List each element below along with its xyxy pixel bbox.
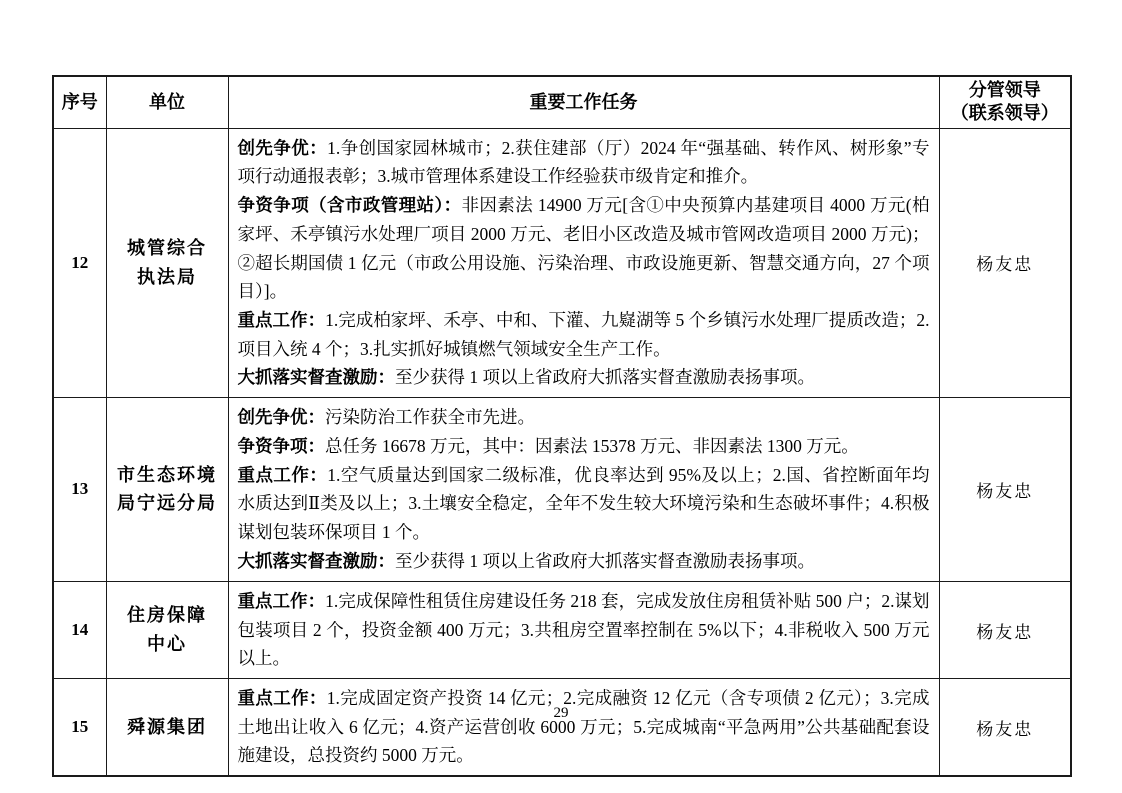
unit-cell: 城管综合执法局 — [106, 128, 228, 397]
task-paragraph: 争资争项（含市政管理站）：非因素法 14900 万元[含①中央预算内基建项目 4… — [238, 191, 930, 306]
page-number: 29 — [0, 705, 1122, 722]
header-index: 序号 — [53, 76, 106, 128]
task-label: 创先争优： — [238, 138, 328, 158]
tasks-cell: 重点工作：1.完成固定资产投资 14 亿元；2.完成融资 12 亿元（含专项债 … — [228, 679, 939, 777]
task-text: 总任务 16678 万元，其中：因素法 15378 万元、非因素法 1300 万… — [325, 436, 859, 456]
task-paragraph: 重点工作：1.完成柏家坪、禾亭、中和、下灌、九嶷湖等 5 个乡镇污水处理厂提质改… — [238, 306, 930, 363]
table-row: 13市生态环境局宁远分局创先争优：污染防治工作获全市先进。争资争项：总任务 16… — [53, 397, 1071, 581]
document-page: 序号 单位 重要工作任务 分管领导 （联系领导） 12城管综合执法局创先争优：1… — [0, 0, 1122, 793]
index-cell: 15 — [53, 679, 106, 777]
unit-line: 局宁远分局 — [111, 489, 224, 518]
unit-line: 住房保障 — [111, 601, 224, 630]
task-text: 1.完成保障性租赁住房建设任务 218 套，完成发放住房租赁补贴 500 户；2… — [238, 591, 930, 668]
tasks-cell: 重点工作：1.完成保障性租赁住房建设任务 218 套，完成发放住房租赁补贴 50… — [228, 581, 939, 678]
task-label: 创先争优： — [238, 407, 326, 427]
leader-cell: 杨友忠 — [939, 397, 1071, 581]
task-paragraph: 重点工作：1.完成保障性租赁住房建设任务 218 套，完成发放住房租赁补贴 50… — [238, 587, 930, 673]
leader-cell: 杨友忠 — [939, 679, 1071, 777]
table-row: 15舜源集团重点工作：1.完成固定资产投资 14 亿元；2.完成融资 12 亿元… — [53, 679, 1071, 777]
leader-cell: 杨友忠 — [939, 581, 1071, 678]
task-text: 1.空气质量达到国家二级标准，优良率达到 95%及以上；2.国、省控断面年均水质… — [238, 465, 930, 542]
unit-cell: 住房保障中心 — [106, 581, 228, 678]
task-text: 至少获得 1 项以上省政府大抓落实督查激励表扬事项。 — [395, 367, 815, 387]
table-row: 14住房保障中心重点工作：1.完成保障性租赁住房建设任务 218 套，完成发放住… — [53, 581, 1071, 678]
task-label: 争资争项： — [238, 436, 326, 456]
unit-cell: 市生态环境局宁远分局 — [106, 397, 228, 581]
task-label: 大抓落实督查激励： — [238, 367, 396, 387]
index-cell: 12 — [53, 128, 106, 397]
task-text: 1.完成固定资产投资 14 亿元；2.完成融资 12 亿元（含专项债 2 亿元）… — [238, 688, 930, 765]
unit-line: 市生态环境 — [111, 461, 224, 490]
header-leader-line2: （联系领导） — [944, 102, 1067, 125]
task-label: 重点工作： — [238, 310, 326, 330]
task-paragraph: 重点工作：1.空气质量达到国家二级标准，优良率达到 95%及以上；2.国、省控断… — [238, 461, 930, 547]
leader-cell: 杨友忠 — [939, 128, 1071, 397]
table-row: 12城管综合执法局创先争优：1.争创国家园林城市；2.获住建部（厅）2024 年… — [53, 128, 1071, 397]
task-paragraph: 创先争优：1.争创国家园林城市；2.获住建部（厅）2024 年“强基础、转作风、… — [238, 134, 930, 191]
unit-line: 城管综合 — [111, 234, 224, 263]
header-leader-line1: 分管领导 — [944, 79, 1067, 102]
index-cell: 13 — [53, 397, 106, 581]
header-row: 序号 单位 重要工作任务 分管领导 （联系领导） — [53, 76, 1071, 128]
unit-cell: 舜源集团 — [106, 679, 228, 777]
task-paragraph: 创先争优：污染防治工作获全市先进。 — [238, 403, 930, 432]
task-paragraph: 重点工作：1.完成固定资产投资 14 亿元；2.完成融资 12 亿元（含专项债 … — [238, 684, 930, 770]
task-text: 至少获得 1 项以上省政府大抓落实督查激励表扬事项。 — [395, 551, 815, 571]
tasks-cell: 创先争优：1.争创国家园林城市；2.获住建部（厅）2024 年“强基础、转作风、… — [228, 128, 939, 397]
unit-line: 中心 — [111, 630, 224, 659]
header-leader: 分管领导 （联系领导） — [939, 76, 1071, 128]
task-label: 争资争项（含市政管理站）： — [238, 195, 462, 215]
header-tasks: 重要工作任务 — [228, 76, 939, 128]
task-label: 重点工作： — [238, 591, 326, 611]
task-paragraph: 大抓落实督查激励：至少获得 1 项以上省政府大抓落实督查激励表扬事项。 — [238, 547, 930, 576]
work-tasks-table: 序号 单位 重要工作任务 分管领导 （联系领导） 12城管综合执法局创先争优：1… — [52, 75, 1072, 777]
task-paragraph: 争资争项：总任务 16678 万元，其中：因素法 15378 万元、非因素法 1… — [238, 432, 930, 461]
unit-line: 执法局 — [111, 263, 224, 292]
header-unit: 单位 — [106, 76, 228, 128]
task-text: 污染防治工作获全市先进。 — [325, 407, 535, 427]
task-text: 1.完成柏家坪、禾亭、中和、下灌、九嶷湖等 5 个乡镇污水处理厂提质改造；2.项… — [238, 310, 930, 359]
task-label: 大抓落实督查激励： — [238, 551, 396, 571]
task-paragraph: 大抓落实督查激励：至少获得 1 项以上省政府大抓落实督查激励表扬事项。 — [238, 363, 930, 392]
index-cell: 14 — [53, 581, 106, 678]
task-text: 1.争创国家园林城市；2.获住建部（厅）2024 年“强基础、转作风、树形象”专… — [238, 138, 930, 187]
task-label: 重点工作： — [238, 465, 328, 485]
tasks-cell: 创先争优：污染防治工作获全市先进。争资争项：总任务 16678 万元，其中：因素… — [228, 397, 939, 581]
